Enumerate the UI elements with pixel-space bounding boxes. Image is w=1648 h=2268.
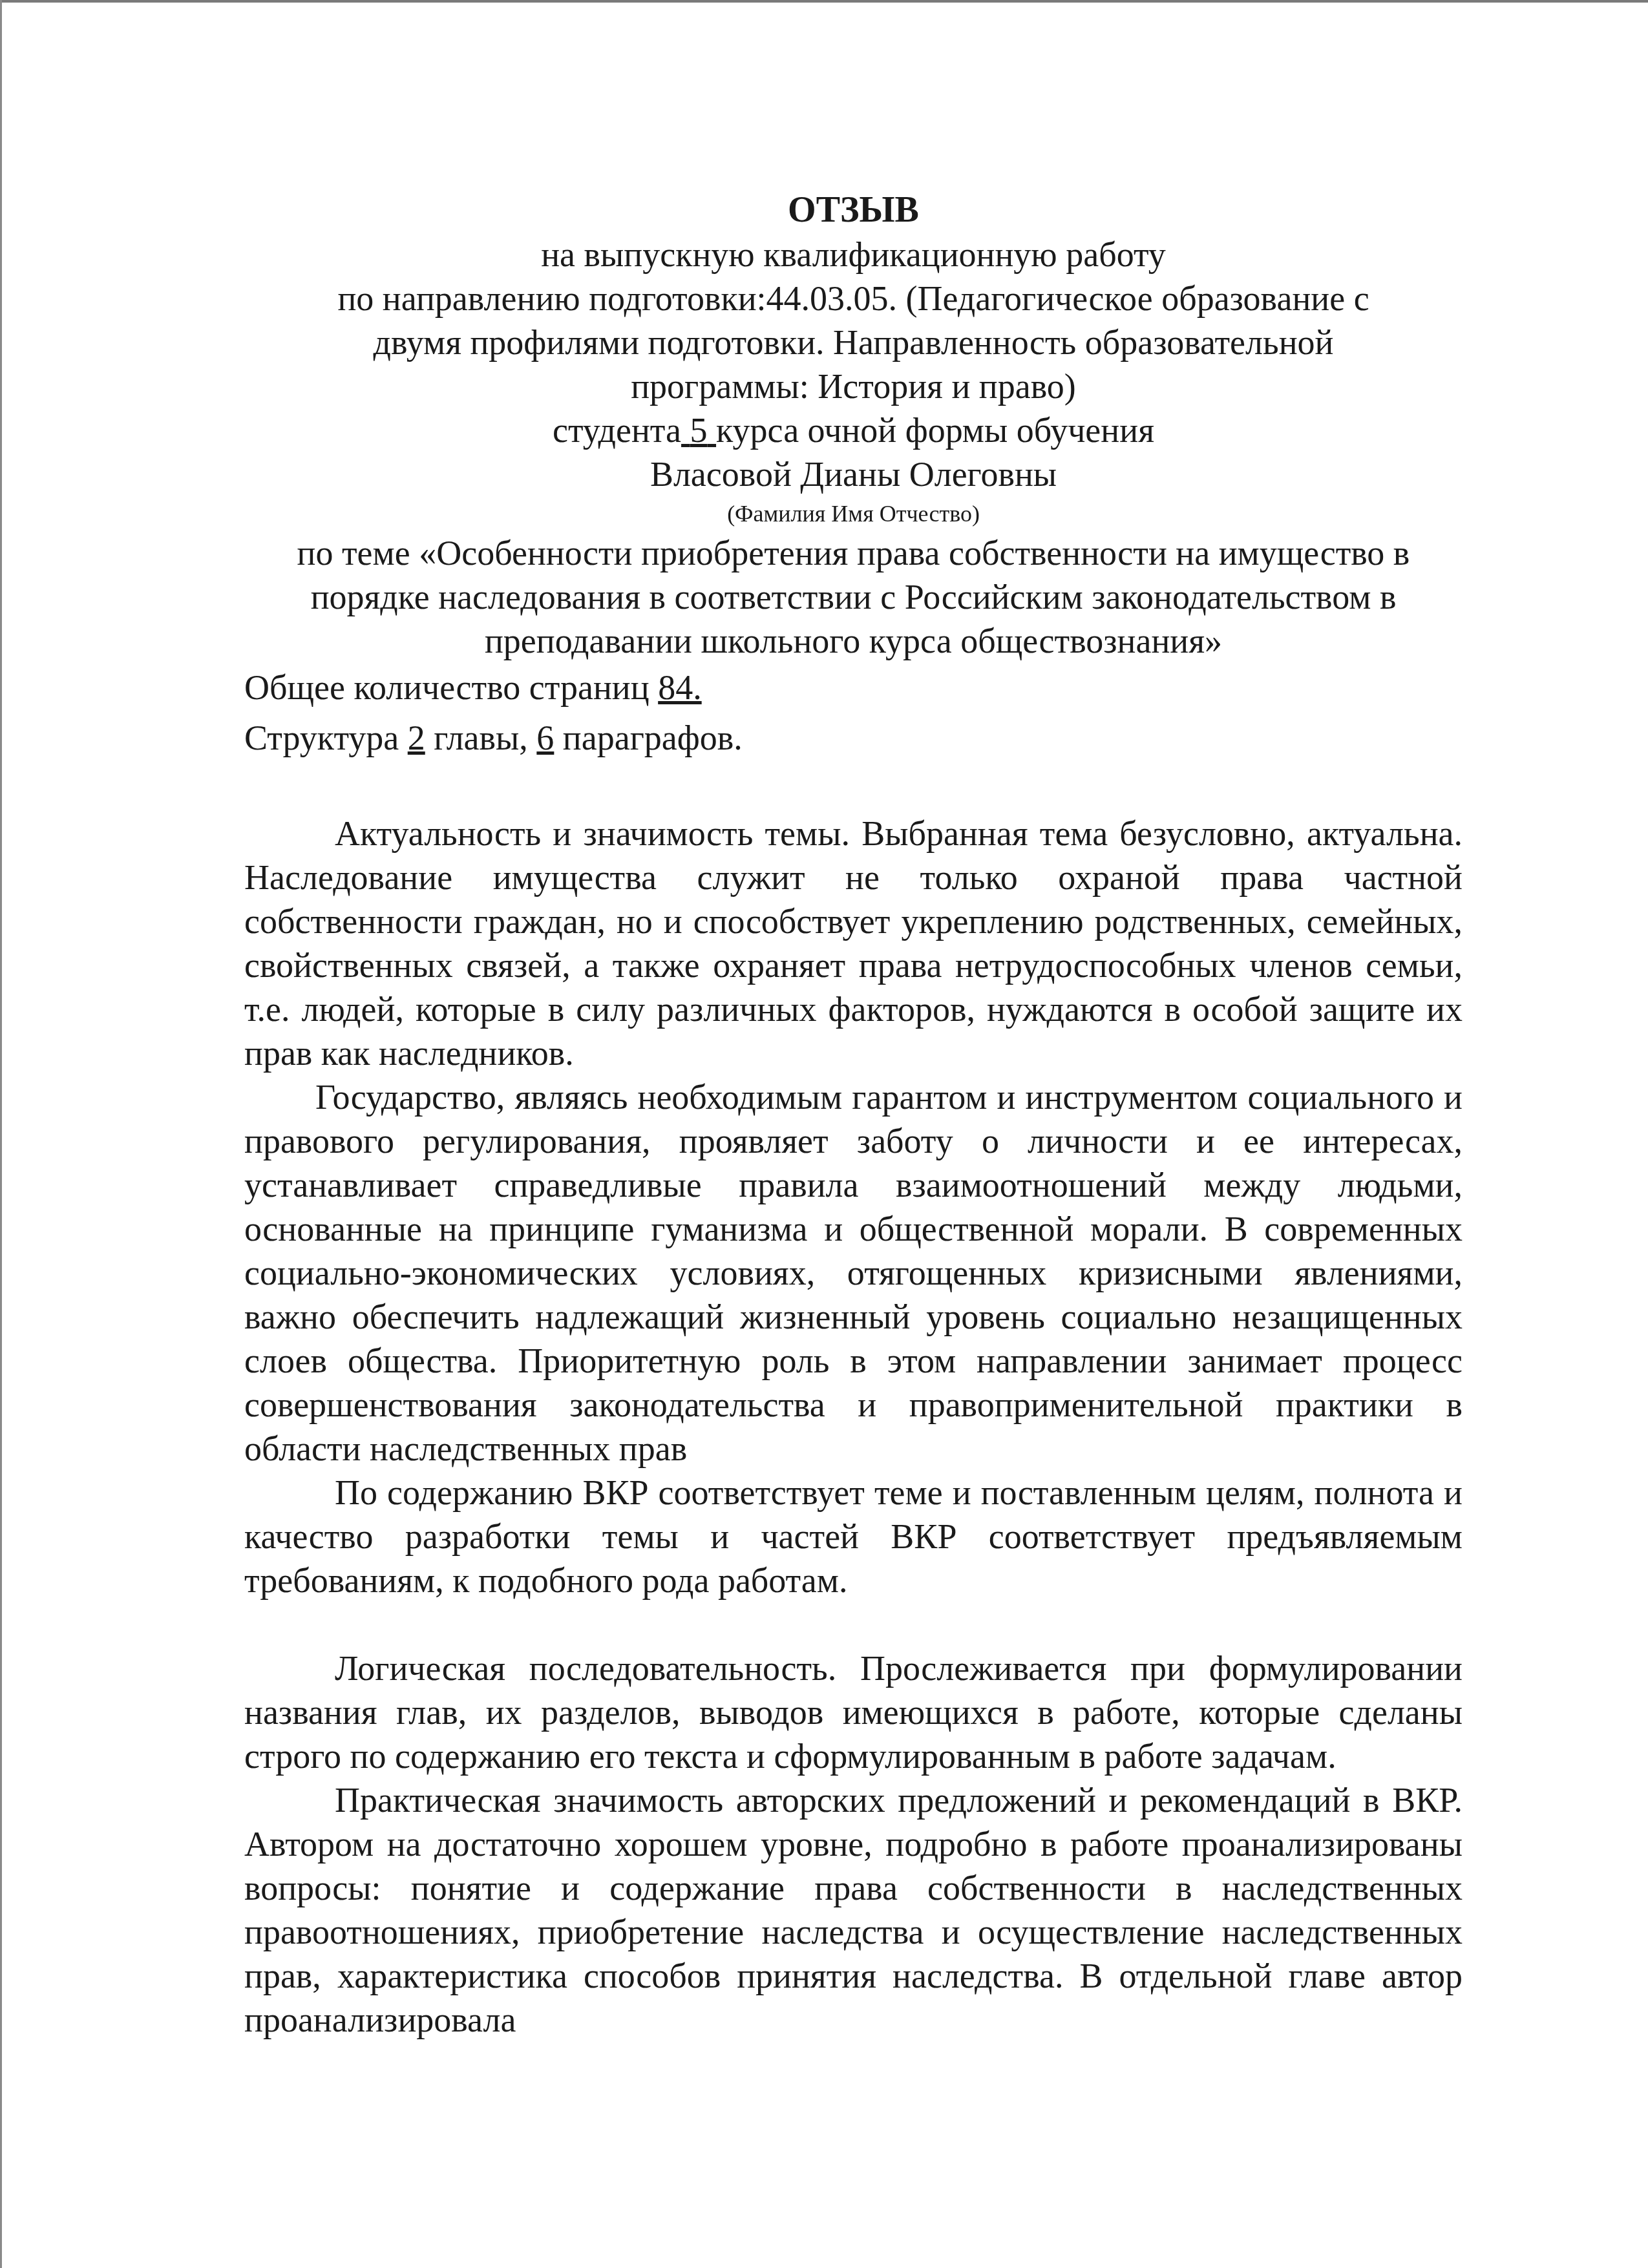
chapters-count: 2 (408, 719, 425, 757)
topic-line-1: по теме «Особенности приобретения права … (244, 531, 1463, 575)
name-caption: (Фамилия Имя Отчество) (244, 496, 1463, 531)
scan-border-left (0, 0, 2, 2268)
paragraph-practical: Практическая значимость авторских предло… (244, 1778, 1463, 2042)
student-prefix: студента (553, 411, 681, 450)
paragraph-relevance: Актуальность и значимость темы. Выбранна… (244, 812, 1463, 1075)
chapters-label: главы, (434, 719, 528, 757)
structure-label: Структура (244, 719, 399, 757)
document-title: ОТЗЫВ (244, 187, 1463, 233)
pages-count-line: Общее количество страниц 84. (244, 666, 1463, 709)
paragraph-logic: Логическая последовательность. Прослежив… (244, 1646, 1463, 1778)
subtitle-line-3: двумя профилями подготовки. Направленнос… (244, 320, 1463, 364)
subtitle-line-1: на выпускную квалификационную работу (244, 233, 1463, 277)
subtitle-line-4: программы: История и право) (244, 364, 1463, 408)
structure-line: Структура 2 главы, 6 параграфов. (244, 716, 1463, 760)
spacer (244, 1602, 1463, 1646)
spacer (244, 760, 1463, 812)
subtitle-line-2: по направлению подготовки:44.03.05. (Пед… (244, 277, 1463, 320)
student-line: студента 5 курса очной формы обучения (244, 408, 1463, 452)
paragraph-state: Государство, являясь необходимым гаранто… (244, 1075, 1463, 1471)
paragraphs-count: 6 (536, 719, 554, 757)
paragraphs-label: параграфов. (563, 719, 743, 757)
course-number: 5 (681, 411, 716, 450)
topic-line-3: преподавании школьного курса обществозна… (244, 619, 1463, 663)
paragraph-content: По содержанию ВКР соответствует теме и п… (244, 1471, 1463, 1602)
document-page: ОТЗЫВ на выпускную квалификационную рабо… (244, 187, 1463, 2042)
student-name: Власовой Дианы Олеговны (244, 452, 1463, 496)
pages-count-label: Общее количество страниц (244, 668, 650, 707)
student-suffix: курса очной формы обучения (716, 411, 1154, 450)
pages-count-value: 84. (658, 668, 702, 707)
topic-line-2: порядке наследования в соответствии с Ро… (244, 575, 1463, 619)
scan-border-top (0, 0, 1648, 3)
